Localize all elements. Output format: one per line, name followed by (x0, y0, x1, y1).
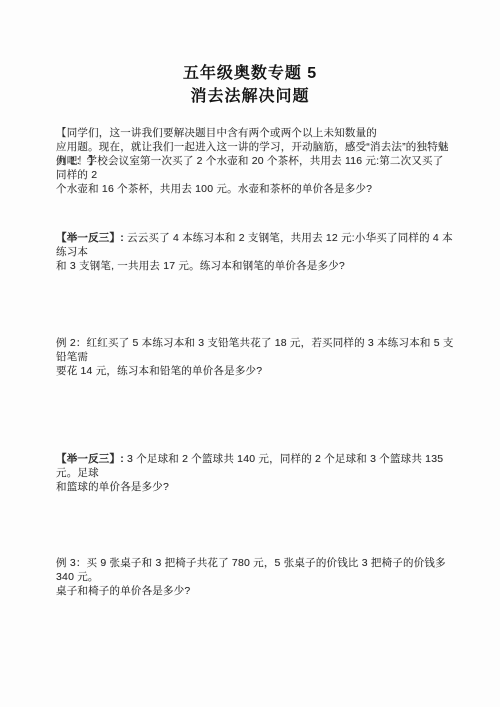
example-2: 例 2：红红买了 5 本练习本和 3 支铅笔共花了 18 元，若买同样的 3 本… (56, 336, 454, 378)
practice-2-label: 【举一反三】: (56, 453, 124, 465)
example-3-line-2: 桌子和椅子的单价各是多少? (56, 584, 454, 598)
practice-1: 【举一反三】: 云云买了 4 本练习本和 2 支钢笔，共用去 12 元:小华买了… (56, 231, 454, 273)
example-3-line-1: 例 3：买 9 张桌子和 3 把椅子共花了 780 元，5 张桌子的价钱比 3 … (56, 556, 454, 584)
example-3: 例 3：买 9 张桌子和 3 把椅子共花了 780 元，5 张桌子的价钱比 3 … (56, 556, 454, 598)
practice-2-line-2: 和篮球的单价各是多少? (56, 480, 454, 494)
example-1-line-2: 个水壶和 16 个茶杯，共用去 100 元。水壶和茶杯的单价各是多少? (56, 182, 454, 196)
example-2-line-2: 要花 14 元，练习本和铅笔的单价各是多少? (56, 364, 454, 378)
title-line-1: 五年级奥数专题 5 (0, 62, 500, 85)
example-2-line-1: 例 2：红红买了 5 本练习本和 3 支铅笔共花了 18 元，若买同样的 3 本… (56, 336, 454, 364)
practice-1-line-1: 【举一反三】: 云云买了 4 本练习本和 2 支钢笔，共用去 12 元:小华买了… (56, 231, 454, 259)
practice-1-label: 【举一反三】: (56, 232, 124, 244)
practice-2-line-1: 【举一反三】: 3 个足球和 2 个篮球共 140 元，同样的 2 个足球和 3… (56, 452, 454, 480)
practice-2: 【举一反三】: 3 个足球和 2 个篮球共 140 元，同样的 2 个足球和 3… (56, 452, 454, 494)
intro-line-1: 【同学们，这一讲我们要解决题目中含有两个或两个以上未知数量的 (56, 126, 454, 140)
worksheet-page: 五年级奥数专题 5 消去法解决问题 【同学们，这一讲我们要解决题目中含有两个或两… (0, 0, 500, 707)
title-line-2: 消去法解决问题 (0, 85, 500, 108)
example-1-line-1: 例 1：学校会议室第一次买了 2 个水壶和 20 个茶杯，共用去 116 元:第… (56, 154, 454, 182)
example-1: 例 1：学校会议室第一次买了 2 个水壶和 20 个茶杯，共用去 116 元:第… (56, 154, 454, 196)
practice-1-line-2: 和 3 支钢笔, 一共用去 17 元。练习本和钢笔的单价各是多少? (56, 259, 454, 273)
document-title: 五年级奥数专题 5 消去法解决问题 (0, 62, 500, 108)
